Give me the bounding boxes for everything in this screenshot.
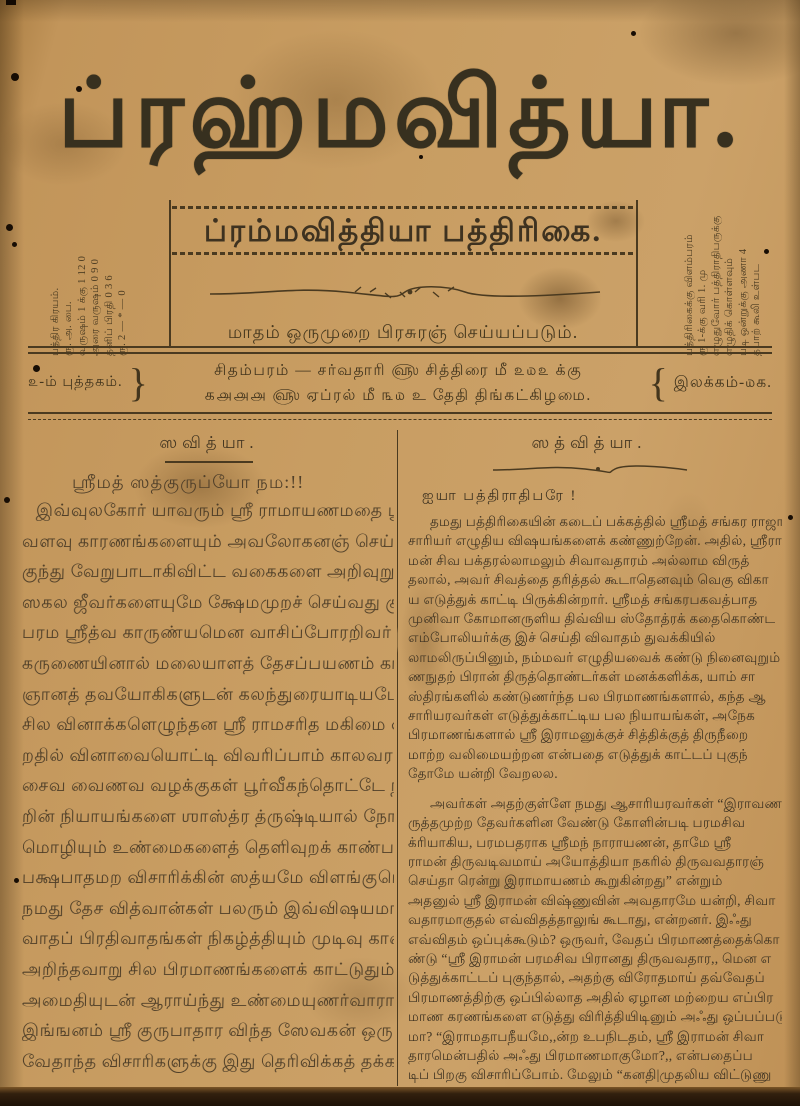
handwritten-line: சைவ வைணவ வழக்குகள் பூர்வீகந்தொட்டே நிகழ்… <box>22 770 394 801</box>
rate-line: தனிப் பிரதி 0 3 6 <box>103 206 117 356</box>
handwritten-line: ஞானத் தவயோகிகளுடன் கலந்துரையாடியபோது அவ்… <box>22 679 394 710</box>
header-left-rule <box>169 200 171 346</box>
printed-line: மாண கரணங்களை எடுத்து விரித்தியிடினும் அஃ… <box>408 1007 782 1026</box>
printed-line: முனிவா கோமானருளிய திவ்விய ஸ்தோத்ரக் கதைக… <box>408 609 782 628</box>
frequency-line: மாதம் ஒருமுறை பிரசுரஞ் செய்யப்படும். <box>172 322 634 345</box>
ink-spot <box>14 878 19 883</box>
handwritten-line: இவ்வுலகோர் யாவரும் ஶ்ரீ ராமாயணமதை ஸ்ரீ ர… <box>22 495 394 526</box>
printed-line: மா? “இராமதாபநீயமே,,ன்ற உபநிடதம், ஸ்ரீ இர… <box>408 1027 782 1046</box>
letter-paragraph-1: தமது பத்திரிகையின் கடைப் பக்கத்தில் ஸ்ரீ… <box>408 512 782 784</box>
printed-line: ண்டு “ஸ்ரீ இராமன் பரமசிவ பிரானது திருவவத… <box>408 949 782 968</box>
ink-spot <box>4 497 10 503</box>
ink-spot <box>631 31 636 36</box>
printed-line: க்ரியாகிய, பரமபதராக ஸ்ரீமந் நாராயணன், தா… <box>408 833 782 852</box>
date-lines: சிதம்பரம் — சர்வதாரி ௵ சித்திரை மீ ௨௰௨ க… <box>154 358 643 408</box>
rate-line: ரூ. அ. பை. <box>62 206 76 356</box>
right-brace: { <box>643 363 674 403</box>
ink-spot <box>33 365 40 372</box>
printed-line: அதனுல் ஸ்ரீ இராமன் விஷ்ணுவின் அவதாரமே யன… <box>408 891 782 910</box>
ink-spot <box>11 73 19 81</box>
left-column-body: ஶ்ரீமத் ஸத்குருப்யோ நம:!! இவ்வுலகோர் யாவ… <box>22 472 394 1086</box>
handwritten-line: ஸகல ஜீவர்களையுமே க்ஷேமமுறச் செய்வது குரு… <box>22 587 394 618</box>
printed-line: டுத்துக்காட்டப் புகுந்தால், அதற்கு விரோத… <box>408 968 782 987</box>
handwritten-line: பரம ஸ்ரீத்வ காருண்யமென வாசிப்போரறிவர் கு… <box>22 617 394 648</box>
subscription-rates-rotated: பத்திர கிரயம்.ரூ. அ. பை.வருஷம் 1 க்கு 1 … <box>14 206 164 356</box>
dateline-date: க௮௮௮ ௵ ஏப்ரல் மீ ௩௰ உ தேதி திங்கட்கிழமை. <box>205 387 592 404</box>
ink-spot <box>419 155 423 159</box>
letter-paragraph-2: அவர்கள் அதற்குள்ளே நமது ஆசாரியரவர்கள் “இ… <box>408 794 782 1085</box>
printed-line: ருத்தமுற்ற தேவர்களின வேண்டு கோளின்படி பர… <box>408 813 782 832</box>
printed-line: தோமே யன்றி வேறலல. <box>408 764 782 783</box>
advert-rates-rotated: பத்திரிகைக்கு விளம்பரம்ரூ 1-க்கு வரி 1. … <box>648 206 798 356</box>
printed-line: டிப் பிறகு விசாரிப்போம். மேலும் “கனதி|மு… <box>408 1065 782 1084</box>
rate-line: ரூ. 2 — * — 0 <box>116 206 130 356</box>
printed-line: தாரமென்பதில் அஃது பிரமாணமாகுமோ?,, என்பதை… <box>408 1046 782 1065</box>
handwritten-line: நமது தேச வித்வான்கள் பலரும் இவ்விஷயமாய்ப… <box>22 893 394 924</box>
printed-line: பிரமாணத்திற்கு ஒப்பில்லாத அதில் ஏழான மற்… <box>408 988 782 1007</box>
printed-line: ணநுதற் பிரான் திருத்தொண்டர்கள் மனக்களிக்… <box>408 667 782 686</box>
printed-line: சாரியர் எழுதிய விஷயங்களைக் கண்ணுற்றேன். … <box>408 531 782 550</box>
right-header-flourish <box>490 462 690 476</box>
handwritten-line: அமைதியுடன் ஆராய்ந்து உண்மையுணர்வாராக வேண… <box>22 985 394 1016</box>
ink-spot <box>764 249 769 254</box>
handwritten-line: வளவு காரணங்களையும் அவலோகனஞ் செய்து காலவழ… <box>22 526 394 557</box>
left-paragraph: இவ்வுலகோர் யாவரும் ஶ்ரீ ராமாயணமதை ஸ்ரீ ர… <box>22 495 394 1076</box>
double-rule-1a <box>28 346 772 348</box>
rate-line: வருஷம் 1 க்கு 1 12 0 <box>76 206 90 356</box>
volume-label: ௨-ம் புத்தகம். <box>28 374 123 392</box>
wavy-rule-top <box>172 206 634 209</box>
rate-line: எழுதிக் கொள்ளவும் <box>723 206 737 356</box>
handwritten-line: வாதப் பிரதிவாதங்கள் நிகழ்த்தியும் முடிவு… <box>22 923 394 954</box>
printed-line: ஸ்திரங்களில் கண்டுணர்ந்த பல பிரமாணங்களால… <box>408 687 782 706</box>
dotted-rule-below-band <box>28 419 772 420</box>
rate-line: எழுதுவோர் பத்திராதிபருக்கு <box>710 206 724 356</box>
printed-line: சாரியரவர்கள் எடுத்துக்காட்டிய பல நியாயங்… <box>408 706 782 725</box>
journal-name: ப்ரம்மவித்தியா பத்திரிகை. <box>172 213 634 253</box>
printed-line: வதாரமாகுதல் எவ்விதத்தாலுங் கூடாது, என்றன… <box>408 910 782 929</box>
rate-line: ரூ 1-க்கு வரி 1. மு <box>696 206 710 356</box>
printed-line: மாற்ற வலிமையற்றன என்பதை எடுத்துக் காட்டப… <box>408 745 782 764</box>
left-brace: } <box>123 363 154 403</box>
newspaper-page: ப்ரஹ்மவித்யா. ப்ரம்மவித்தியா பத்திரிகை. … <box>0 0 800 1106</box>
issue-number-label: இலக்கம்-௰க. <box>674 374 772 393</box>
handwritten-line: இங்ஙனம் ஸ்ரீ குருபாதார விந்த ஸேவகன் ஒருவ… <box>22 1015 394 1046</box>
rate-line: பத்திரிகைக்கு விளம்பரம் <box>683 206 697 356</box>
vine-flourish-divider <box>205 283 605 301</box>
ink-spot <box>12 242 17 247</box>
left-salutation: ஶ்ரீமத் ஸத்குருப்யோ நம:!! <box>72 472 394 495</box>
handwritten-line: சில வினாக்களெழுந்தன ஸ்ரீ ராமசரித மகிமை வ… <box>22 709 394 740</box>
rate-line: பத்திர கிரயம். <box>49 206 63 356</box>
handwritten-line: வேதாந்த விசாரிகளுக்கு இது தெரிவிக்கத் தக… <box>22 1046 394 1077</box>
printed-line: லாமலிருப்பினும், நம்மவர் எழுதியவைக் கண்ட… <box>408 648 782 667</box>
ink-spot <box>6 224 13 231</box>
printed-line: எம்போலியர்க்கு இச் செய்தி விவாதம் துவக்க… <box>408 628 782 647</box>
printed-line: மன் சிவ பக்தரல்லாமலும் சிவாவதாரம் அல்லாம… <box>408 551 782 570</box>
handwritten-line: அறிந்தவாறு சில பிரமாணங்களைக் காட்டுதும் … <box>22 954 394 985</box>
rule-below-band <box>28 412 772 414</box>
right-column-body: ஐயா பத்திராதிபரே ! தமது பத்திரிகையின் கட… <box>408 488 782 1088</box>
left-column-header: ஸவித்யா. <box>25 433 393 455</box>
handwritten-line: கருணையினால் மலையாளத் தேசப்பயணம் காலவசமாய… <box>22 648 394 679</box>
printed-line: ராமன் திருவடிவமாய் அயோத்தியா நகரில் திரு… <box>408 852 782 871</box>
rate-line: அரை வருஷம் 0 9 0 <box>89 206 103 356</box>
printed-line: தமது பத்திரிகையின் கடைப் பக்கத்தில் ஸ்ரீ… <box>408 512 782 531</box>
letter-salutation: ஐயா பத்திராதிபரே ! <box>422 488 782 506</box>
printed-line: ய எடுத்துக் காட்டி பிருக்கின்றார். ஸ்ரீம… <box>408 590 782 609</box>
left-header-rule <box>165 461 253 463</box>
masthead-title: ப்ரஹ்மவித்யா. <box>0 26 800 214</box>
handwritten-line: பக்ஷபாதமற விசாரிக்கின் ஸத்யமே விளங்குமென… <box>22 862 394 893</box>
right-column-header: ஸத்வித்யா. <box>405 433 773 455</box>
printed-line: செய்தா ரென்று இராமாயணம் கூறுகின்றது” என்… <box>408 871 782 890</box>
issue-band: ௨-ம் புத்தகம். } சிதம்பரம் — சர்வதாரி ௵ … <box>28 357 772 409</box>
scan-edge-mark <box>6 0 16 5</box>
printed-line: அவர்கள் அதற்குள்ளே நமது ஆசாரியரவர்கள் “இ… <box>408 794 782 813</box>
dateline-place: சிதம்பரம் — சர்வதாரி ௵ சித்திரை மீ ௨௰௨ க… <box>214 362 582 379</box>
printed-line: பிரமாணங்களால் ஸ்ரீ இராமனுக்குச் சித்திக்… <box>408 725 782 744</box>
header-right-rule <box>636 200 638 346</box>
paragraph-gap <box>408 784 782 794</box>
handwritten-line: மொழியும் உண்மைகளைத் தெளிவுறக் காண்பர் து… <box>22 832 394 863</box>
scan-bottom-edge <box>0 1087 800 1106</box>
handwritten-line: குந்து வேறுபாடாகிவிட்ட வகைகளை அறிவுறுத்த… <box>22 556 394 587</box>
printed-line: எவ்விதம் ஒப்புக்கூடும்? ஒருவர், வேதப் பி… <box>408 930 782 949</box>
double-rule-1b <box>28 352 772 354</box>
ink-spot <box>76 86 82 92</box>
ink-spot <box>788 515 793 520</box>
column-divider-rule <box>397 430 398 1086</box>
rate-line: படி ஒன்றுக்கு அணா 4 <box>737 206 751 356</box>
handwritten-line: றதில் வினாவையொட்டி விவரிப்பாம் காலவரலாறு… <box>22 740 394 771</box>
rate-line: தபாற் கூலி உள்பட <box>750 206 764 356</box>
printed-line: தலால், அவர் சிவத்தை தரித்தல் கூடாதெனவும்… <box>408 570 782 589</box>
handwritten-line: றின் நியாயங்களை ஶாஸ்த்ர த்ருஷ்டியால் நோக… <box>22 801 394 832</box>
